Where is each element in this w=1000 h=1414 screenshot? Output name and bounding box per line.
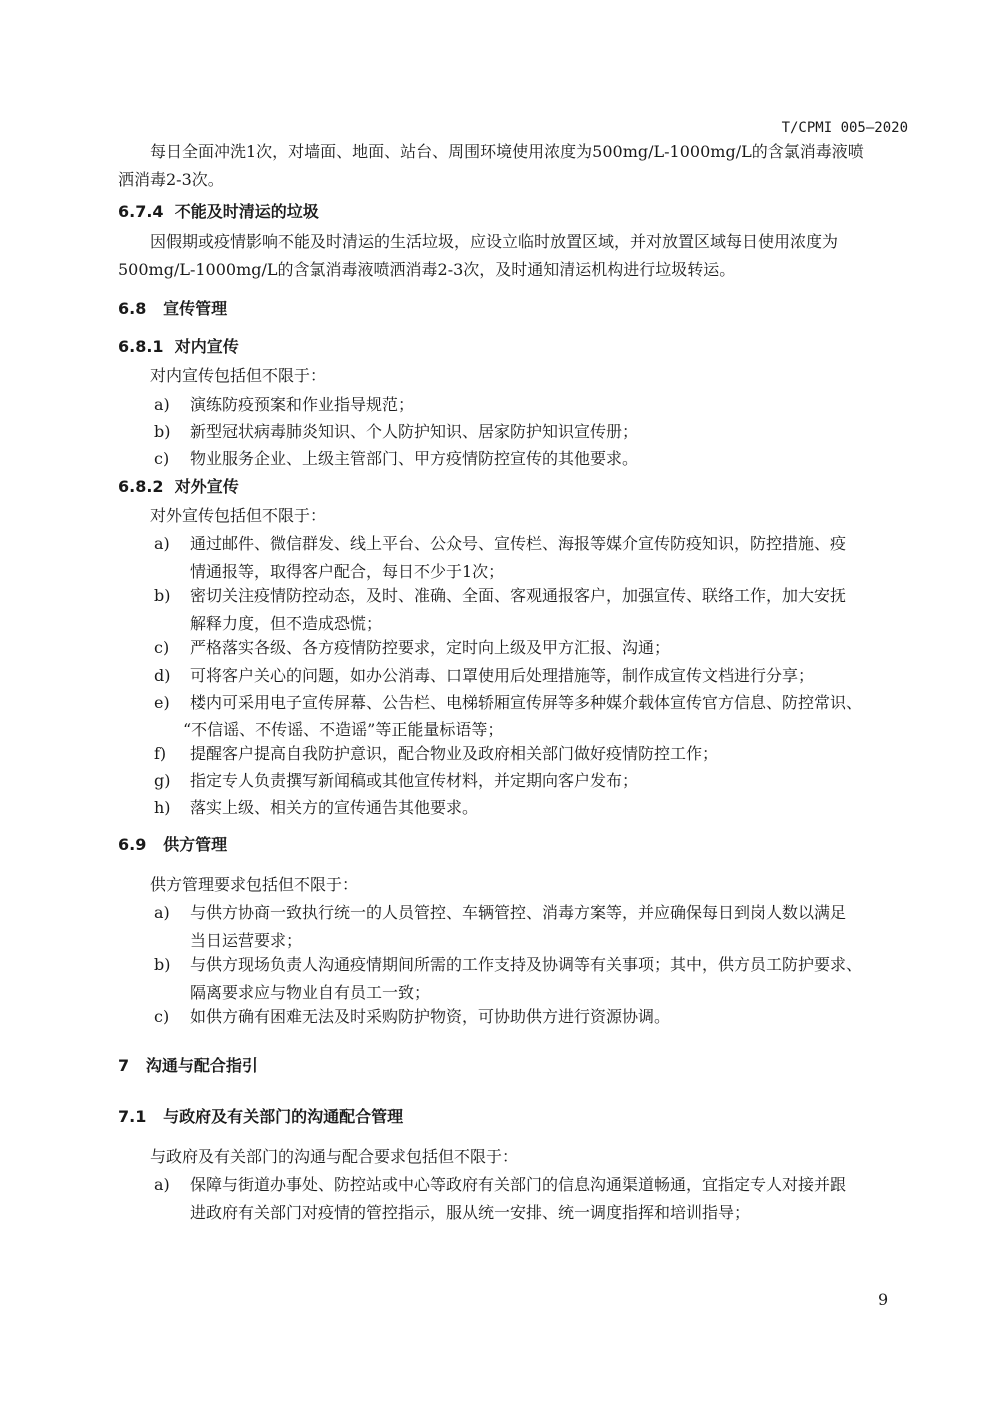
list-item-text: 指定专人负责撰写新闻稿或其他宣传材料，并定期向客户发布； (190, 766, 638, 796)
list-item-label: h) (154, 793, 171, 823)
list-item-label: a) (154, 1170, 170, 1200)
section-heading-6-7-4: 6.7.4 不能及时清运的垃圾 (118, 199, 319, 222)
section-heading-6-9: 6.9 供方管理 (118, 832, 227, 855)
list-item-text: 与供方协商一致执行统一的人员管控、车辆管控、消毒方案等，并应确保每日到岗人数以满… (190, 898, 846, 928)
section-number: 6.9 (118, 835, 146, 854)
section-number: 6.8.2 (118, 477, 164, 496)
list-item-label: c) (154, 633, 169, 663)
list-item-label: a) (154, 898, 170, 928)
list-item-text: 进政府有关部门对疫情的管控指示，服从统一安排、统一调度指挥和培训指导； (190, 1198, 750, 1228)
section-heading-7-1: 7.1 与政府及有关部门的沟通配合管理 (118, 1104, 403, 1127)
list-item-label: c) (154, 444, 169, 474)
section-title: 宣传管理 (163, 299, 227, 318)
list-item: a) 通过邮件、微信群发、线上平台、公众号、宣传栏、海报等媒介宣传防疫知识，防控… (0, 529, 1000, 589)
list-item-label: f) (154, 739, 166, 769)
list-item-text: 可将客户关心的问题，如办公消毒、口罩使用后处理措施等，制作成宣传文档进行分享； (190, 661, 814, 691)
list-item-label: a) (154, 529, 170, 559)
list-intro: 与政府及有关部门的沟通与配合要求包括但不限于： (150, 1142, 518, 1172)
list-item-text: 落实上级、相关方的宣传通告其他要求。 (190, 793, 478, 823)
document-code: T/CPMI 005—2020 (782, 120, 908, 136)
list-item-text: 与供方现场负责人沟通疫情期间所需的工作支持及协调等有关事项；其中，供方员工防护要… (190, 950, 862, 980)
section-heading-6-8-2: 6.8.2 对外宣传 (118, 474, 239, 497)
list-item: b) 与供方现场负责人沟通疫情期间所需的工作支持及协调等有关事项；其中，供方员工… (0, 950, 1000, 1010)
section-number: 6.8 (118, 299, 146, 318)
section-heading-7: 7 沟通与配合指引 (118, 1053, 258, 1076)
list-item-label: b) (154, 950, 170, 980)
list-item-label: g) (154, 766, 170, 796)
list-item-text: 物业服务企业、上级主管部门、甲方疫情防控宣传的其他要求。 (190, 444, 638, 474)
section-number: 6.7.4 (118, 202, 164, 221)
list-intro: 供方管理要求包括但不限于： (150, 870, 358, 900)
list-item-label: b) (154, 417, 170, 447)
list-item-text: 如供方确有困难无法及时采购防护物资，可协助供方进行资源协调。 (190, 1002, 670, 1032)
paragraph-line: 每日全面冲洗1次，对墙面、地面、站台、周围环境使用浓度为500mg/L-1000… (150, 137, 864, 167)
list-item-text: 楼内可采用电子宣传屏幕、公告栏、电梯轿厢宣传屏等多种媒介载体宣传官方信息、防控常… (190, 688, 862, 718)
list-item-label: d) (154, 661, 170, 691)
list-intro: 对外宣传包括但不限于： (150, 501, 326, 531)
section-heading-6-8-1: 6.8.1 对内宣传 (118, 334, 239, 357)
section-title: 供方管理 (163, 835, 227, 854)
list-item-label: e) (154, 688, 170, 718)
list-item-text: 保障与街道办事处、防控站或中心等政府有关部门的信息沟通渠道畅通，宜指定专人对接并… (190, 1170, 846, 1200)
section-title: 与政府及有关部门的沟通配合管理 (163, 1107, 403, 1126)
section-number: 7 (118, 1056, 129, 1075)
list-item-text: 通过邮件、微信群发、线上平台、公众号、宣传栏、海报等媒介宣传防疫知识，防控措施、… (190, 529, 846, 559)
list-item-text: 提醒客户提高自我防护意识，配合物业及政府相关部门做好疫情防控工作； (190, 739, 718, 769)
paragraph-line: 500mg/L-1000mg/L的含氯消毒液喷洒消毒2-3次，及时通知清运机构进… (118, 255, 735, 285)
paragraph-line: 洒消毒2-3次。 (118, 165, 224, 195)
list-item-label: c) (154, 1002, 169, 1032)
list-item-text: 演练防疫预案和作业指导规范； (190, 390, 414, 420)
section-heading-6-8: 6.8 宣传管理 (118, 296, 227, 319)
list-item-label: a) (154, 390, 170, 420)
list-item: a) 与供方协商一致执行统一的人员管控、车辆管控、消毒方案等，并应确保每日到岗人… (0, 898, 1000, 958)
section-title: 对内宣传 (175, 337, 239, 356)
paragraph-line: 因假期或疫情影响不能及时清运的生活垃圾，应设立临时放置区域，并对放置区域每日使用… (150, 227, 838, 257)
list-item: a) 保障与街道办事处、防控站或中心等政府有关部门的信息沟通渠道畅通，宜指定专人… (0, 1170, 1000, 1230)
section-title: 沟通与配合指引 (146, 1056, 258, 1075)
section-title: 对外宣传 (175, 477, 239, 496)
list-item-label: b) (154, 581, 170, 611)
list-intro: 对内宣传包括但不限于： (150, 361, 326, 391)
section-number: 6.8.1 (118, 337, 164, 356)
section-title: 不能及时清运的垃圾 (175, 202, 319, 221)
list-item-text: 密切关注疫情防控动态，及时、准确、全面、客观通报客户，加强宣传、联络工作，加大安… (190, 581, 846, 611)
list-item-text: 严格落实各级、各方疫情防控要求，定时向上级及甲方汇报、沟通； (190, 633, 670, 663)
list-item: b) 密切关注疫情防控动态，及时、准确、全面、客观通报客户，加强宣传、联络工作，… (0, 581, 1000, 641)
list-item-text: 新型冠状病毒肺炎知识、个人防护知识、居家防护知识宣传册； (190, 417, 638, 447)
page-number: 9 (878, 1290, 888, 1309)
section-number: 7.1 (118, 1107, 146, 1126)
